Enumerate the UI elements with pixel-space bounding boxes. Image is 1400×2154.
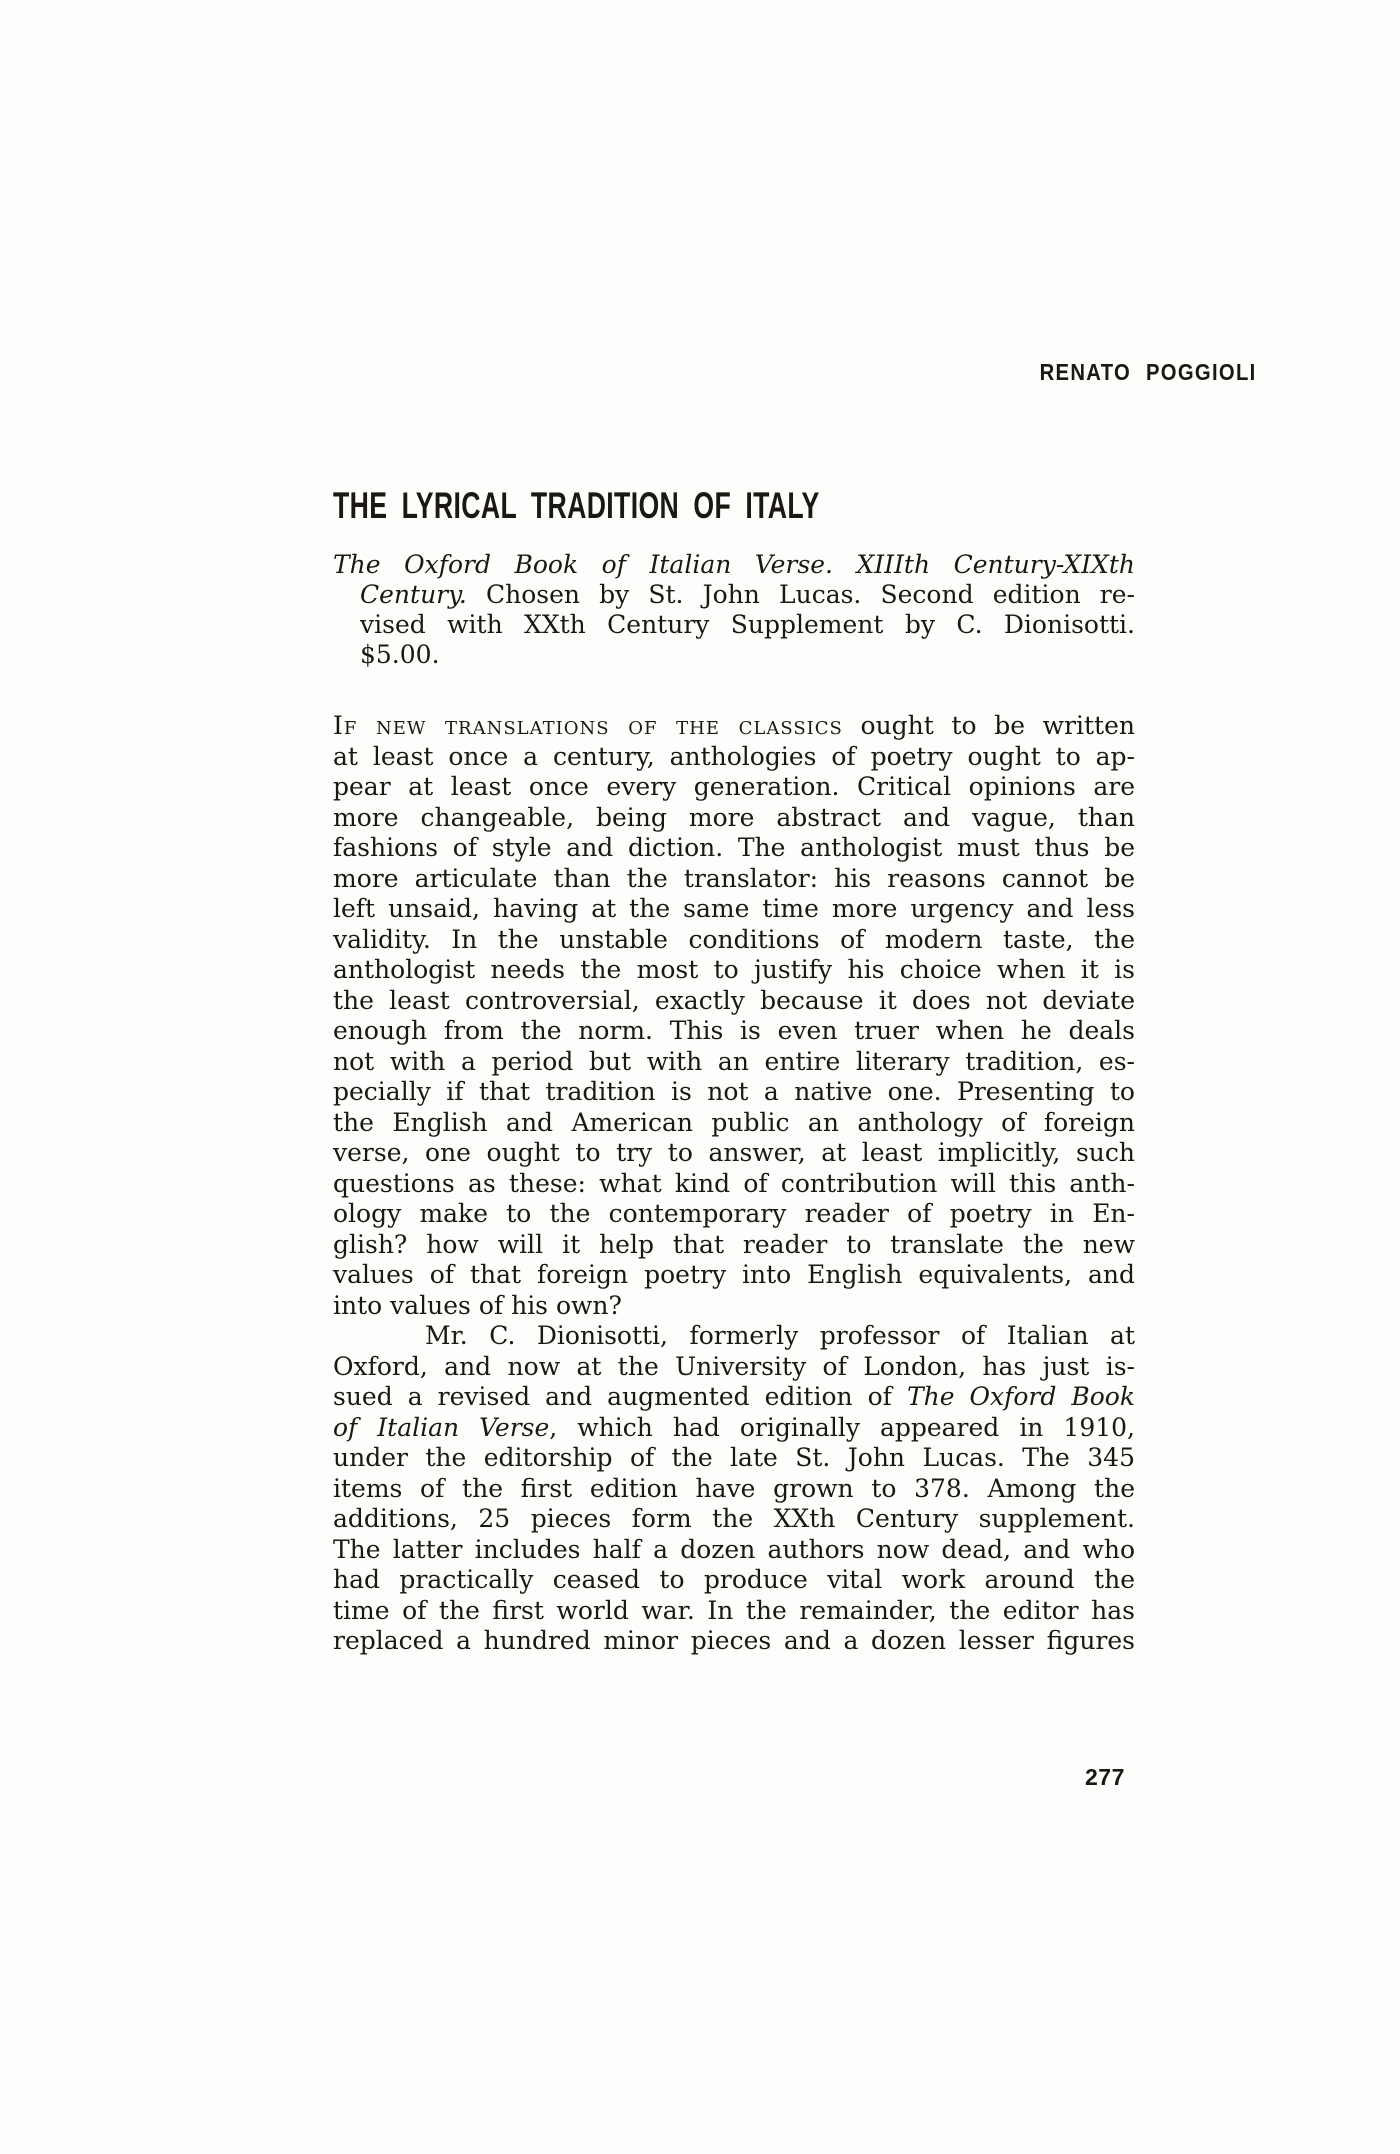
- text-line: not with a period but with an entire lit…: [333, 1047, 1135, 1078]
- body-paragraph-1: If new translations of the classics ough…: [333, 711, 1135, 1321]
- text-line: Oxford, and now at the University of Lon…: [333, 1352, 1135, 1383]
- book-title-segment: The Oxford Book: [907, 1382, 1135, 1411]
- text-line: into values of his own?: [333, 1291, 1135, 1322]
- text-line: under the editorship of the late St. Joh…: [333, 1443, 1135, 1474]
- text-line: the English and American public an antho…: [333, 1108, 1135, 1139]
- article-body: If new translations of the classics ough…: [333, 711, 1135, 1657]
- citation-line: vised with XXth Century Supplement by C.…: [360, 610, 1135, 640]
- text-line: left unsaid, having at the same time mor…: [333, 894, 1135, 925]
- text-line: additions, 25 pieces form the XXth Centu…: [333, 1504, 1135, 1535]
- text-line: of Italian Verse, which had originally a…: [333, 1413, 1135, 1444]
- text-line: replaced a hundred minor pieces and a do…: [333, 1626, 1135, 1657]
- text-line: glish? how will it help that reader to t…: [333, 1230, 1135, 1261]
- text-line: values of that foreign poetry into Engli…: [333, 1260, 1135, 1291]
- text-line: more articulate than the translator: his…: [333, 864, 1135, 895]
- citation-line: Century. Chosen by St. John Lucas. Secon…: [360, 580, 1135, 610]
- text-line: had practically ceased to produce vital …: [333, 1565, 1135, 1596]
- text-segment: ought to be written: [843, 711, 1135, 740]
- scanned-book-page: RENATO POGGIOLI THE LYRICAL TRADITION OF…: [0, 0, 1400, 2154]
- text-line: pear at least once every generation. Cri…: [333, 772, 1135, 803]
- text-line: questions as these: what kind of contrib…: [333, 1169, 1135, 1200]
- text-line: verse, one ought to try to answer, at le…: [333, 1138, 1135, 1169]
- text-line: sued a revised and augmented edition of …: [333, 1382, 1135, 1413]
- text-line: validity. In the unstable conditions of …: [333, 925, 1135, 956]
- text-line: more changeable, being more abstract and…: [333, 803, 1135, 834]
- book-title-segment: of Italian Verse: [333, 1413, 549, 1442]
- text-line: If new translations of the classics ough…: [333, 711, 1135, 742]
- citation-title-segment: The Oxford Book of Italian Verse. XIIIth…: [333, 550, 1135, 579]
- citation-title-segment: Century.: [360, 580, 467, 609]
- text-line: anthologist needs the most to justify hi…: [333, 955, 1135, 986]
- text-line: ology make to the contemporary reader of…: [333, 1199, 1135, 1230]
- body-paragraph-2: Mr. C. Dionisotti, formerly professor of…: [333, 1321, 1135, 1657]
- text-line: time of the first world war. In the rema…: [333, 1596, 1135, 1627]
- text-segment: sued a revised and augmented edition of: [333, 1382, 907, 1411]
- smallcaps-lead: If new translations of the classics: [333, 711, 843, 740]
- text-line: items of the first edition have grown to…: [333, 1474, 1135, 1505]
- page-number: 277: [1085, 1766, 1125, 1789]
- text-line: the least controversial, exactly because…: [333, 986, 1135, 1017]
- text-line: The latter includes half a dozen authors…: [333, 1535, 1135, 1566]
- text-line: at least once a century, anthologies of …: [333, 742, 1135, 773]
- text-line: enough from the norm. This is even truer…: [333, 1016, 1135, 1047]
- text-line: Mr. C. Dionisotti, formerly professor of…: [425, 1321, 1135, 1352]
- text-line: pecially if that tradition is not a nati…: [333, 1077, 1135, 1108]
- running-head-author: RENATO POGGIOLI: [1040, 361, 1257, 384]
- citation-line: The Oxford Book of Italian Verse. XIIIth…: [333, 550, 1135, 580]
- citation-price: $5.00.: [360, 640, 1135, 670]
- citation-text-segment: Chosen by St. John Lucas. Second edition…: [467, 580, 1135, 609]
- book-citation: The Oxford Book of Italian Verse. XIIIth…: [333, 550, 1135, 670]
- text-line: fashions of style and diction. The antho…: [333, 833, 1135, 864]
- article-title: THE LYRICAL TRADITION OF ITALY: [333, 487, 820, 524]
- text-segment: , which had originally appeared in 1910,: [549, 1413, 1135, 1442]
